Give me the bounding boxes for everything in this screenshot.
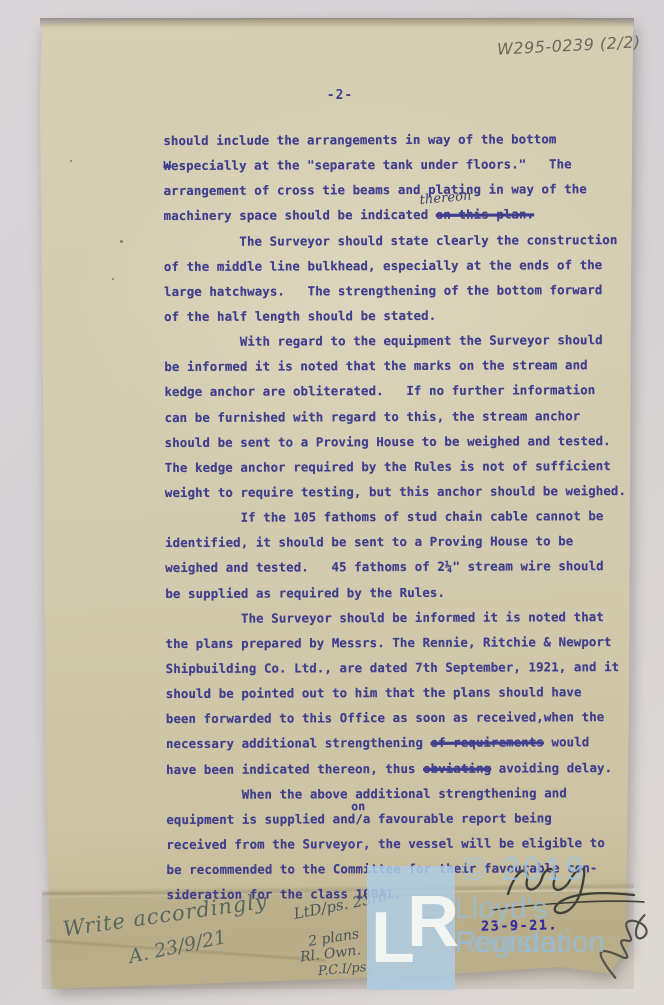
typed-text: The Surveyor should state clearly the co… xyxy=(164,232,618,249)
typed-line: should include the arrangements in way o… xyxy=(163,130,633,157)
typed-text: kedge anchor are obliterated. If no furt… xyxy=(164,383,595,400)
paper-speck xyxy=(120,240,123,243)
typed-line: should be sent to a Proving House to be … xyxy=(165,432,635,459)
typed-text: Shipbuilding Co. Ltd., are dated 7th Sep… xyxy=(166,659,620,676)
typed-text: should include the arrangements in way o… xyxy=(163,131,556,148)
paper-speck xyxy=(112,278,114,280)
typed-text: should be sent to a Proving House to be … xyxy=(165,433,611,450)
typed-line: kedge anchor are obliterated. If no furt… xyxy=(164,381,634,408)
typed-line: The kedge anchor required by the Rules i… xyxy=(165,457,635,484)
typed-line: be informed it is noted that the marks o… xyxy=(164,356,634,383)
typed-text: been forwarded to this Office as soon as… xyxy=(166,709,605,726)
struck-typed-text: on this plan.thereon xyxy=(436,207,534,222)
watermark-org-line2: Foundation xyxy=(455,926,605,960)
typed-text: a favourable report being xyxy=(363,810,552,826)
typed-line: If the 105 fathoms of stud chain cable c… xyxy=(165,507,635,534)
lr-logo-watermark: LR xyxy=(367,866,455,990)
typed-text: would xyxy=(544,735,589,750)
typed-line: The Surveyor should be informed it is no… xyxy=(165,608,635,635)
typed-text: necessary additional strengthening xyxy=(166,735,431,751)
typed-line: be supplied as required by the Rules. xyxy=(165,583,635,610)
typed-text: the plans prepared by Messrs. The Rennie… xyxy=(166,634,612,651)
typed-text: The kedge anchor required by the Rules i… xyxy=(165,458,611,475)
typed-line: With regard to the equipment the Surveyo… xyxy=(164,331,634,358)
typed-text: have been indicated thereon, thus xyxy=(166,760,423,776)
lr-logo-letters: LR xyxy=(371,892,451,964)
typed-text: can be furnished with regard to this, th… xyxy=(165,408,581,425)
typed-text: When the above additional strengthening … xyxy=(166,785,567,802)
typed-line: should be pointed out to him that the pl… xyxy=(166,683,636,710)
typed-line: of the half length should be stated. xyxy=(164,306,634,333)
typed-text: be informed it is noted that the marks o… xyxy=(164,357,587,374)
typed-text: be supplied as required by the Rules. xyxy=(165,584,445,600)
typed-text: If the 105 fathoms of stud chain cable c… xyxy=(165,508,604,525)
typed-line: identified, it should be sent to a Provi… xyxy=(165,532,635,559)
typed-line: equipment is supplied and/ona favourable… xyxy=(166,809,636,836)
typed-line: of the middle line bulkhead, especially … xyxy=(164,256,634,283)
typed-text: should be pointed out to him that the pl… xyxy=(166,684,582,701)
struck-typed-text: obviating xyxy=(423,760,491,775)
typed-line: large hatchways. The strengthening of th… xyxy=(164,281,634,308)
typed-text: especially at the "separate tank under f… xyxy=(171,156,572,173)
typed-body-text: should include the arrangements in way o… xyxy=(163,130,636,911)
typed-line: machinery space should be indicated on t… xyxy=(164,205,634,232)
typed-line: been forwarded to this Office as soon as… xyxy=(166,708,636,735)
typed-text: weighed and tested. 45 fathoms of 2¼" st… xyxy=(165,559,604,576)
typed-text: machinery space should be indicated xyxy=(164,207,436,223)
typed-insert: on xyxy=(351,797,365,815)
typed-text: With regard to the equipment the Surveyo… xyxy=(164,332,603,349)
typed-line: arrangement of cross tie beams and plati… xyxy=(164,180,634,207)
handwritten-insert: thereon xyxy=(419,188,473,211)
typed-text: large hatchways. The strengthening of th… xyxy=(164,282,603,299)
copyright-watermark: © 2019 xyxy=(462,850,587,888)
typed-line: The Surveyor should state clearly the co… xyxy=(164,231,634,258)
typed-text: The Surveyor should be informed it is no… xyxy=(165,609,604,626)
page-number: -2- xyxy=(300,88,380,103)
typed-text: avoiding delay. xyxy=(491,760,612,776)
typed-text: of the half length should be stated. xyxy=(164,308,436,324)
struck-typed-text: of requirements xyxy=(431,735,544,750)
typed-line: Shipbuilding Co. Ltd., are dated 7th Sep… xyxy=(166,658,636,685)
typed-text: identified, it should be sent to a Provi… xyxy=(165,533,573,550)
typed-text: of the middle line bulkhead, especially … xyxy=(164,257,603,274)
typed-line: Wespecially at the "separate tank under … xyxy=(163,155,633,182)
struck-typed-text: W xyxy=(163,158,171,173)
typed-line: When the above additional strengthening … xyxy=(166,784,636,811)
typed-line: the plans prepared by Messrs. The Rennie… xyxy=(165,633,635,660)
typed-text: /on xyxy=(355,811,363,826)
paper-speck xyxy=(70,160,72,162)
typed-line: weighed and tested. 45 fathoms of 2¼" st… xyxy=(165,557,635,584)
typed-line: weight to require testing, but this anch… xyxy=(165,482,635,509)
scanned-document-photo: -2- should include the arrangements in w… xyxy=(0,0,664,1005)
typed-text: weight to require testing, but this anch… xyxy=(165,483,626,500)
typed-text: equipment is supplied and xyxy=(166,811,355,827)
typed-line: have been indicated thereon, thus obviat… xyxy=(166,758,636,785)
typed-line: can be furnished with regard to this, th… xyxy=(165,407,635,434)
typed-text: arrangement of cross tie beams and plati… xyxy=(164,181,587,198)
typed-line: necessary additional strengthening of re… xyxy=(166,733,636,760)
paper-top-edge-shadow xyxy=(40,18,634,28)
